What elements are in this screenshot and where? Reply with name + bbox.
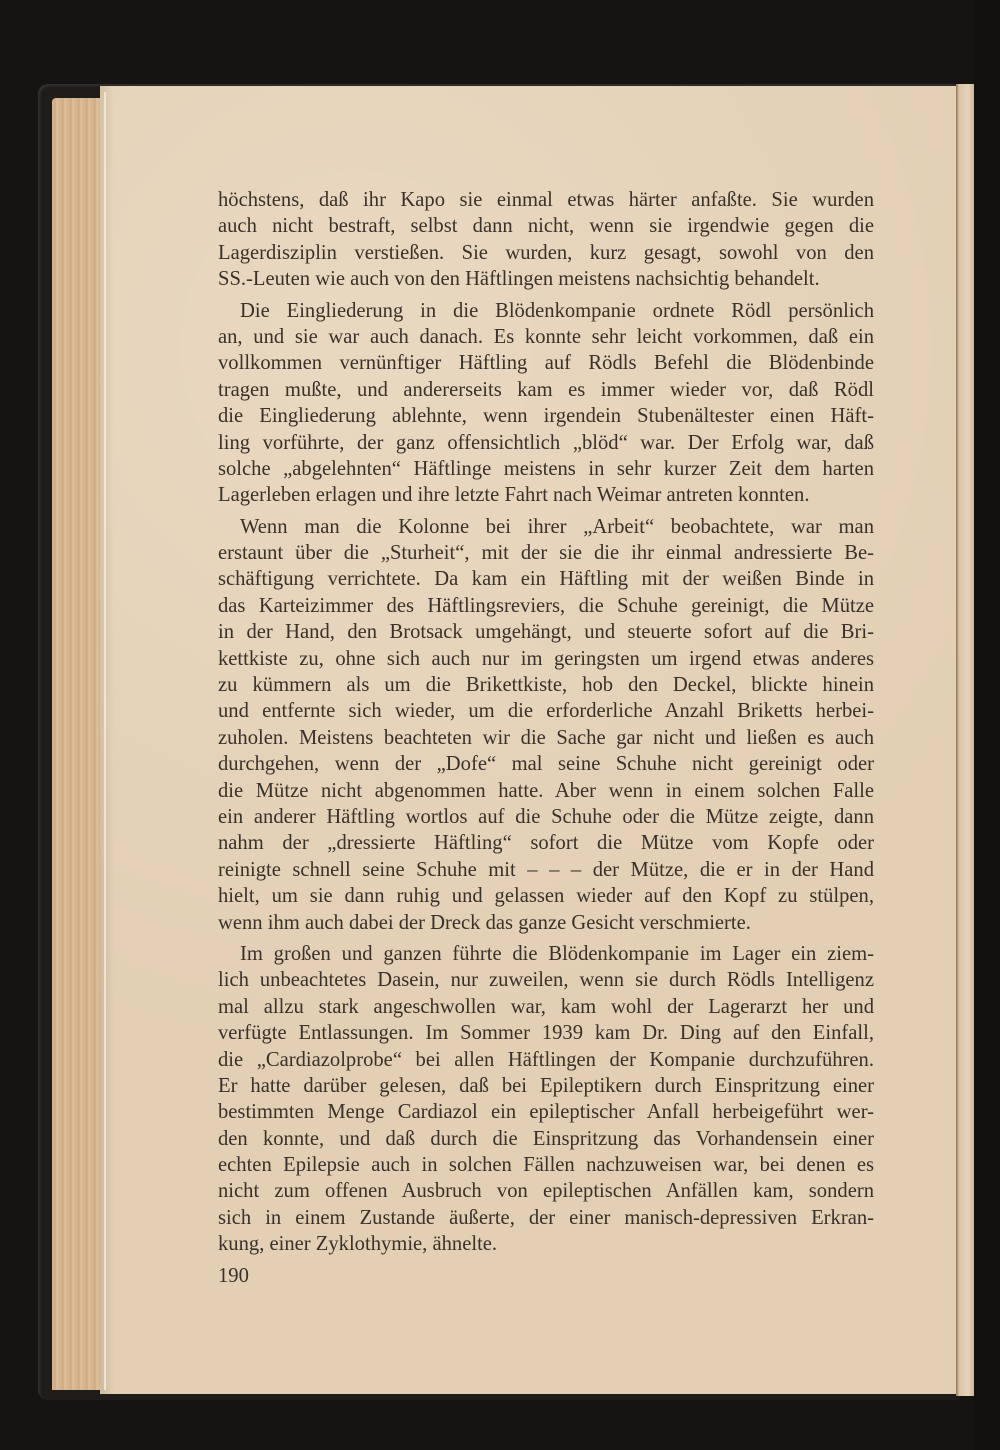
text-line: durchgehen, wenn der „Dofe“ mal seine Sc…	[218, 751, 874, 777]
adjacent-page-edge	[956, 84, 974, 1396]
text-line: ein anderer Häftling wortlos auf die Sch…	[218, 804, 874, 830]
text-line: an, und sie war auch danach. Es konnte s…	[218, 324, 874, 350]
page-number: 190	[218, 1265, 249, 1288]
text-line: die „Cardiazolprobe“ bei allen Häftlinge…	[218, 1047, 874, 1073]
text-line: wenn ihm auch dabei der Dreck das ganze …	[218, 910, 874, 936]
text-line: SS.-Leuten wie auch von den Häftlingen m…	[218, 266, 874, 292]
text-line: kettkiste zu, ohne sich auch nur im geri…	[218, 646, 874, 672]
page-stack-edge	[52, 98, 102, 1390]
text-line: Lagerdisziplin verstießen. Sie wurden, k…	[218, 240, 874, 266]
text-line: reinigte schnell seine Schuhe mit – – – …	[218, 857, 874, 883]
text-line: die Mütze nicht abgenommen hatte. Aber w…	[218, 778, 874, 804]
text-line: echten Epilepsie auch in solchen Fällen …	[218, 1152, 874, 1178]
text-line: kung, einer Zyklothymie, ähnelte.	[218, 1231, 874, 1257]
paragraph: höchstens, daß ihr Kapo sie einmal etwas…	[218, 187, 874, 293]
text-line: das Karteizimmer des Häftlingsreviers, d…	[218, 593, 874, 619]
text-line: zuholen. Meistens beachteten wir die Sac…	[218, 725, 874, 751]
text-line: mal allzu stark angeschwollen war, kam w…	[218, 994, 874, 1020]
background-edge	[974, 0, 1000, 1450]
text-line: nahm der „dressierte Häftling“ sofort di…	[218, 830, 874, 856]
text-line: vollkommen vernünftiger Häftling auf Röd…	[218, 350, 874, 376]
text-line: sich in einem Zustande äußerte, der eine…	[218, 1205, 874, 1231]
text-line: Die Eingliederung in die Blödenkompanie …	[218, 298, 874, 324]
text-line: erstaunt über die „Sturheit“, mit der si…	[218, 540, 874, 566]
text-line: Lagerleben erlagen und ihre letzte Fahrt…	[218, 482, 874, 508]
text-line: höchstens, daß ihr Kapo sie einmal etwas…	[218, 187, 874, 213]
text-line: verfügte Entlassungen. Im Sommer 1939 ka…	[218, 1020, 874, 1046]
text-line: zu kümmern als um die Brikettkiste, hob …	[218, 672, 874, 698]
paragraph: Wenn man die Kolonne bei ihrer „Arbeit“ …	[218, 514, 874, 936]
text-line: solche „abgelehnten“ Häftlinge meistens …	[218, 456, 874, 482]
text-line: den konnte, und daß durch die Einspritzu…	[218, 1126, 874, 1152]
text-line: tragen mußte, und andererseits kam es im…	[218, 377, 874, 403]
text-line: nicht zum offenen Ausbruch von epileptis…	[218, 1178, 874, 1204]
page-gutter-line	[104, 92, 106, 1390]
text-line: Im großen und ganzen führte die Blödenko…	[218, 941, 874, 967]
text-line: auch nicht bestraft, selbst dann nicht, …	[218, 213, 874, 239]
text-line: die Eingliederung ablehnte, wenn irgende…	[218, 403, 874, 429]
text-line: in der Hand, den Brotsack umgehängt, und…	[218, 619, 874, 645]
text-line: Er hatte darüber gelesen, daß bei Epilep…	[218, 1073, 874, 1099]
text-line: schäftigung verrichtete. Da kam ein Häft…	[218, 566, 874, 592]
body-text: höchstens, daß ihr Kapo sie einmal etwas…	[218, 187, 874, 1263]
text-line: und entfernte sich wieder, um die erford…	[218, 698, 874, 724]
text-line: ling vorführte, der ganz offensichtlich …	[218, 430, 874, 456]
paragraph: Im großen und ganzen führte die Blödenko…	[218, 941, 874, 1258]
text-line: bestimmten Menge Cardiazol ein epileptis…	[218, 1099, 874, 1125]
text-line: Wenn man die Kolonne bei ihrer „Arbeit“ …	[218, 514, 874, 540]
text-line: hielt, um sie dann ruhig und gelassen wi…	[218, 883, 874, 909]
paragraph: Die Eingliederung in die Blödenkompanie …	[218, 298, 874, 509]
text-line: lich unbeachtetes Dasein, nur zuweilen, …	[218, 967, 874, 993]
